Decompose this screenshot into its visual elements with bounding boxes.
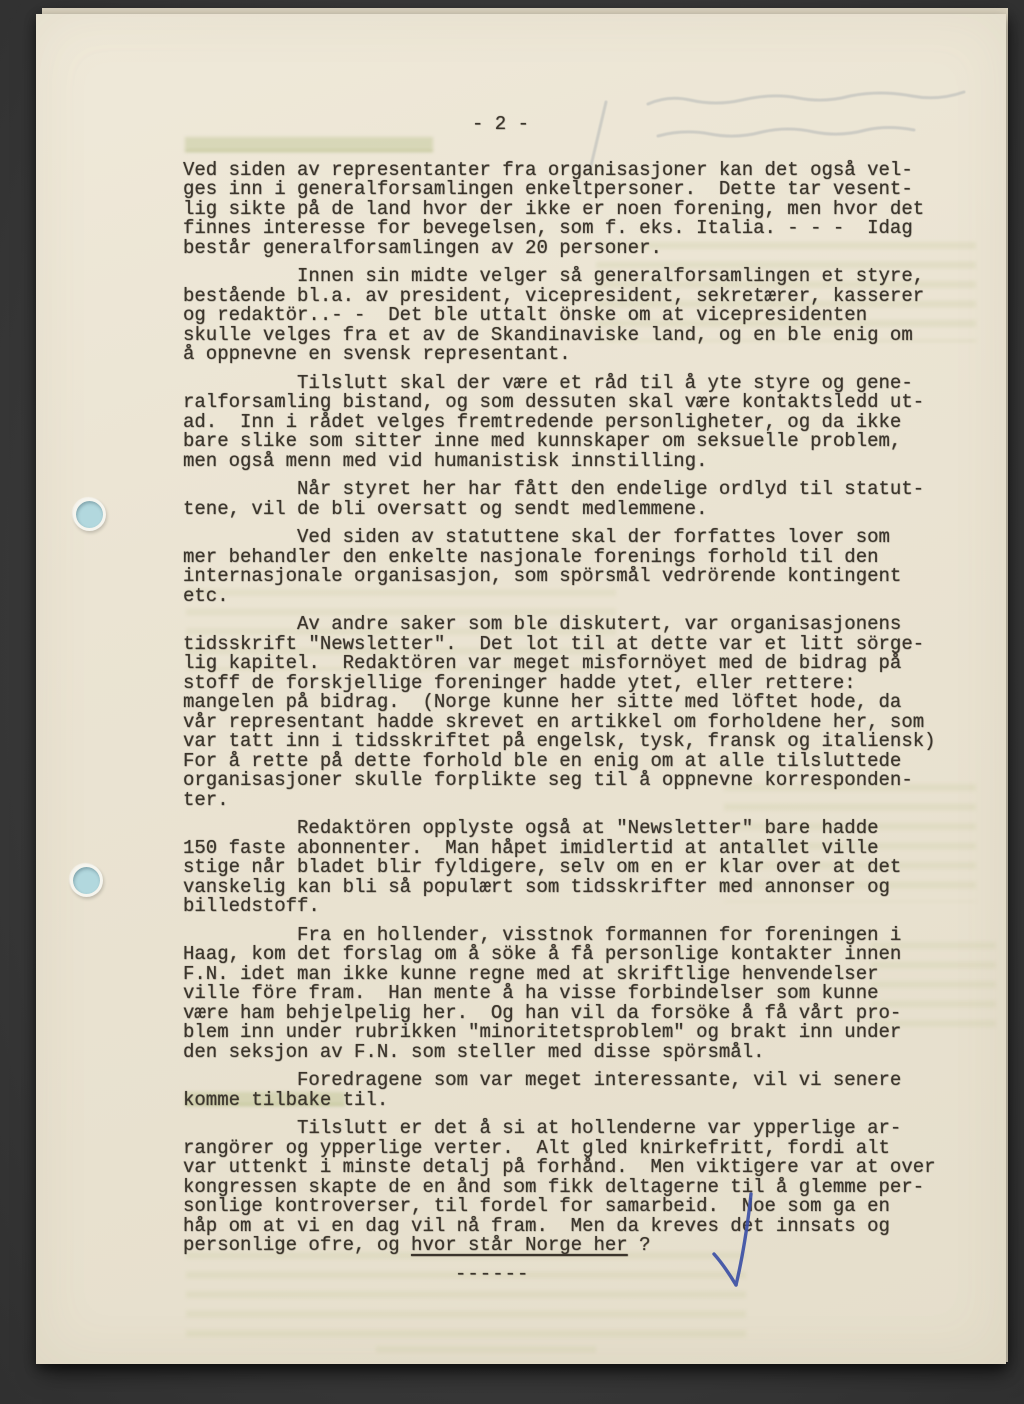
text-line: ville före fram. Han mente å ha visse fo…: [183, 984, 983, 1004]
paragraph: Av andre saker som ble diskutert, var or…: [183, 615, 983, 810]
end-separator: ------: [183, 1265, 983, 1285]
paragraph: Innen sin midte velger så generalforsaml…: [183, 267, 983, 365]
text-line: blem inn under rubrikken "minoritetsprob…: [183, 1023, 983, 1043]
paragraph: Ved siden av statuttene skal der forfatt…: [183, 528, 983, 606]
text-line: lig kapitel. Redaktören var meget misfor…: [183, 654, 983, 674]
text-line: Redaktören opplyste også at "Newsletter"…: [183, 819, 983, 839]
text-line: ges inn i generalforsamlingen enkeltpers…: [183, 180, 983, 200]
text-line: Av andre saker som ble diskutert, var or…: [183, 615, 983, 635]
document-page: - 2 - Ved siden av representanter fra or…: [36, 14, 1006, 1364]
text-line: Foredragene som var meget interessante, …: [183, 1071, 983, 1091]
scan-background: - 2 - Ved siden av representanter fra or…: [0, 0, 1024, 1404]
text-line: og redaktör..- - Det ble uttalt önske om…: [183, 306, 983, 326]
text-line: var uttenkt i minste detalj på forhånd. …: [183, 1158, 983, 1178]
text-line: bare slike som sitter inne med kunnskape…: [183, 432, 983, 452]
text-line: Tilslutt er det å si at hollenderne var …: [183, 1119, 983, 1139]
text-line: den seksjon av F.N. som steller med diss…: [183, 1043, 983, 1063]
text-line: ter.: [183, 791, 983, 811]
paragraph: Tilslutt skal der være et råd til å yte …: [183, 374, 983, 472]
text-line: komme tilbake til.: [183, 1091, 983, 1111]
text-line: Haag, kom det forslag om å söke å få per…: [183, 945, 983, 965]
text-line: finnes interesse for bevegelsen, som f. …: [183, 219, 983, 239]
text-line: personlige ofre, og hvor står Norge her …: [183, 1236, 983, 1256]
text-line: internasjonale organisasjon, som spörsmå…: [183, 567, 983, 587]
text-line: å oppnevne en svensk representant.: [183, 345, 983, 365]
punch-hole: [70, 864, 103, 897]
text-line: sonlige kontroverser, til fordel for sam…: [183, 1197, 983, 1217]
text-line: etc.: [183, 587, 983, 607]
text-line: stige når bladet blir fyldigere, selv om…: [183, 858, 983, 878]
text-line: Innen sin midte velger så generalforsaml…: [183, 267, 983, 287]
page-number: - 2 -: [183, 115, 983, 135]
typewritten-text: - 2 - Ved siden av representanter fra or…: [183, 115, 983, 1284]
text-line: Når styret her har fått den endelige ord…: [183, 480, 983, 500]
text-line: mangelen på bidrag. (Norge kunne her sit…: [183, 693, 983, 713]
text-line: men også menn med vid humanistisk innsti…: [183, 452, 983, 472]
paragraph: Fra en hollender, visstnok formannen for…: [183, 926, 983, 1063]
paragraph: Redaktören opplyste også at "Newsletter"…: [183, 819, 983, 917]
paragraph: Tilslutt er det å si at hollenderne var …: [183, 1119, 983, 1256]
punch-hole: [73, 498, 106, 531]
text-line: billedstoff.: [183, 897, 983, 917]
text-line: ralforsamling bistand, og som dessuten s…: [183, 393, 983, 413]
paragraph: Ved siden av representanter fra organisa…: [183, 161, 983, 259]
paragraph: Foredragene som var meget interessante, …: [183, 1071, 983, 1110]
bleed-through-text: [376, 1346, 596, 1364]
text-line: organisasjoner skulle forplikte seg til …: [183, 771, 983, 791]
text-line: består generalforsamlingen av 20 persone…: [183, 239, 983, 259]
text-line: Ved siden av statuttene skal der forfatt…: [183, 528, 983, 548]
checkmark-icon: [699, 1186, 771, 1301]
text-line: var tatt inn i tidsskriftet på engelsk, …: [183, 732, 983, 752]
paragraph: Når styret her har fått den endelige ord…: [183, 480, 983, 519]
text-line: tene, vil de bli oversatt og sendt medle…: [183, 500, 983, 520]
